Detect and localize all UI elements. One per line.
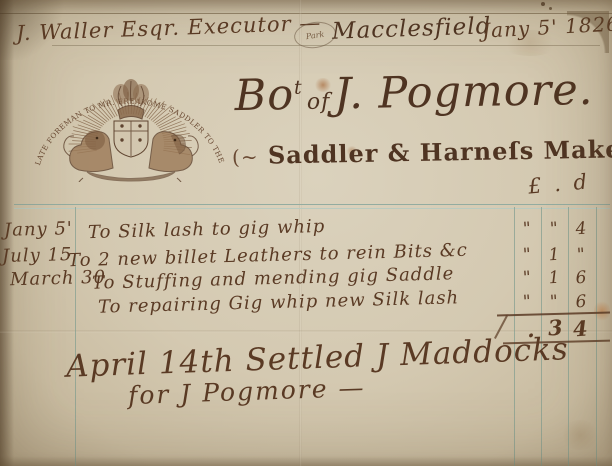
- right-edge-column-line: [596, 207, 597, 466]
- item-shillings: ": [542, 291, 565, 312]
- arms-engraving: [64, 79, 198, 182]
- item-pence: 6: [569, 267, 592, 288]
- left-flourish: (~: [232, 145, 259, 169]
- item-pence: ": [569, 244, 592, 265]
- item-shillings: ": [542, 218, 565, 239]
- billhead-scan: J. Waller Esqr. Executor — Park Macclesf…: [0, 0, 612, 466]
- item-shillings: 1: [542, 267, 565, 288]
- proprietor-name: J. Pogmore.: [334, 65, 594, 120]
- bo-superscript: t: [294, 77, 303, 99]
- item-shillings: 1: [542, 244, 565, 265]
- item-date: July 15: [2, 244, 73, 267]
- of-text: of: [303, 89, 335, 115]
- item-pounds: ": [515, 291, 538, 312]
- royal-arms-crest: LATE FOREMAN TO MR. FREAKOME SADDLER TO …: [25, 48, 235, 182]
- place-engraved: Macclesfield: [332, 13, 492, 45]
- item-pounds: ": [515, 267, 538, 288]
- trade-title: (~ Saddler & Harneſs Maker. ~): [232, 135, 592, 170]
- item-pence: 6: [569, 291, 592, 312]
- item-date: Jany 5': [4, 218, 73, 241]
- item-description: To Silk lash to gig whip: [88, 216, 326, 243]
- paper-bottom-edge: [0, 456, 612, 466]
- trade-text: Saddler & Harneſs Maker.: [268, 134, 612, 170]
- ledger-top-rule: [14, 204, 610, 209]
- stamp-text: Park: [305, 29, 325, 40]
- bought-of-title: BotofJ. Pogmore.: [222, 65, 607, 122]
- discoloration: [560, 420, 600, 450]
- pounds-shillings-pence-header: £ . d: [527, 169, 591, 198]
- item-pounds: ": [515, 218, 538, 239]
- date-column-line: [75, 207, 76, 466]
- item-pence: 4: [569, 218, 592, 239]
- bo-text: Bo: [234, 70, 294, 121]
- total-pence: 4: [572, 316, 588, 342]
- item-pounds: ": [515, 244, 538, 265]
